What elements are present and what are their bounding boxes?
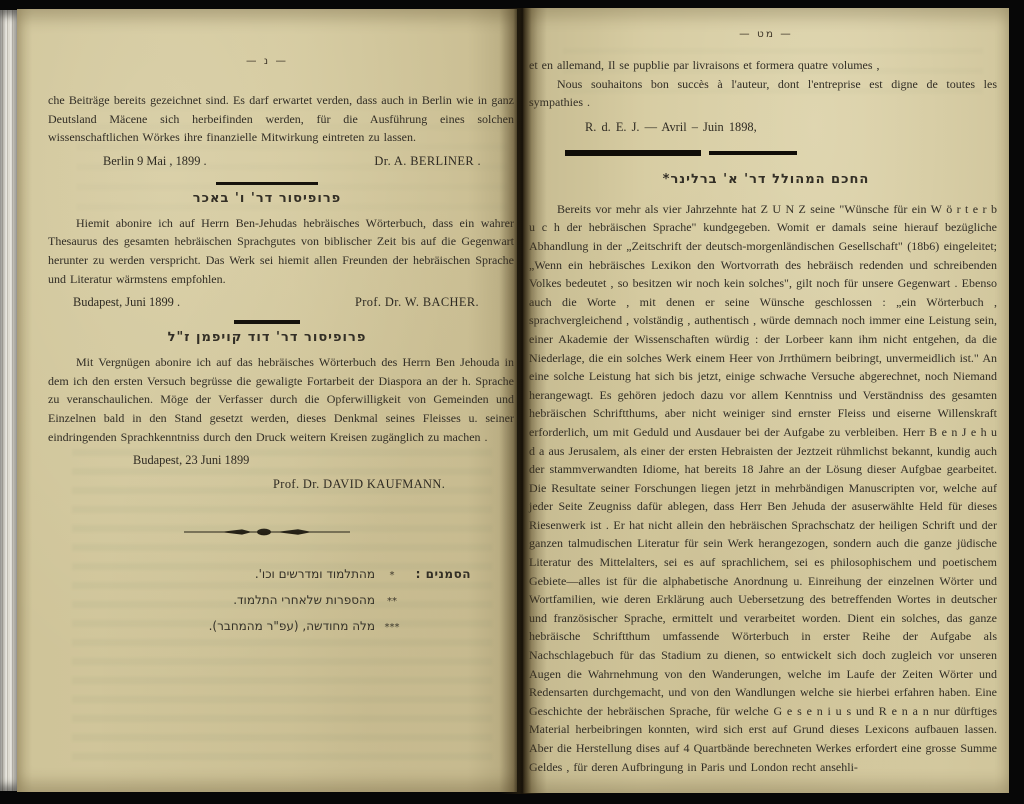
right-page: — מט — et en allemand, Il se pupblie par… bbox=[523, 8, 1009, 793]
triple-asterisk-symbol: *** bbox=[375, 615, 409, 640]
asterisk-symbol: * bbox=[375, 563, 409, 588]
section-rule bbox=[216, 182, 318, 185]
legend-text: מהספרות שלאחרי התלמוד. bbox=[151, 588, 375, 613]
book-page-edges bbox=[0, 10, 17, 791]
signature-name: Prof. Dr. DAVID KAUFMANN. bbox=[273, 477, 445, 492]
signature-row: Budapest, 23 Juni 1899 bbox=[17, 453, 517, 468]
section-heading-kaufmann: פרופיסור דר' דוד קויפמן ז"ל bbox=[17, 330, 517, 345]
double-asterisk-symbol: ** bbox=[375, 589, 409, 614]
page-number: — מט — bbox=[523, 28, 1009, 40]
symbols-legend: הסמנים : * מהתלמוד ומדרשים וכו'. ** מהספ… bbox=[151, 562, 471, 640]
double-rule-divider bbox=[565, 150, 1009, 156]
source-citation: R. d. E. J. — Avril – Juin 1898, bbox=[523, 120, 1009, 135]
rule-bar bbox=[709, 151, 797, 155]
body-paragraph: Hiemit abonire ich auf Herrn Ben-Jehudas… bbox=[17, 214, 517, 288]
body-paragraph: Mit Vergnügen abonire ich auf das hebräi… bbox=[17, 353, 517, 446]
section-heading-bacher: פרופיסור דר' ו' באכר bbox=[17, 191, 517, 206]
signature-row: Budapest, Juni 1899 . Prof. Dr. W. BACHE… bbox=[17, 295, 517, 310]
legend-text: מהתלמוד ומדרשים וכו'. bbox=[151, 562, 375, 587]
left-page: — נ — che Beiträge bereits gezeichnet si… bbox=[17, 9, 517, 792]
signature-place: Berlin 9 Mai , 1899 . bbox=[103, 154, 207, 169]
legend-title: הסמנים : bbox=[409, 562, 471, 587]
scanned-book-spread: { "colors": { "paper": "#d2c79c", "ink":… bbox=[0, 0, 1024, 804]
legend-row: הסמנים : * מהתלמוד ומדרשים וכו'. bbox=[151, 562, 471, 588]
article-heading-berliner: החכם המהולל דר' א' ברלינר* bbox=[523, 172, 1009, 187]
signature-row: Berlin 9 Mai , 1899 . Dr. A. BERLINER . bbox=[17, 154, 517, 169]
article-body: Bereits vor mehr als vier Jahrzehnte hat… bbox=[523, 200, 1009, 776]
signature-place: Budapest, Juni 1899 . bbox=[73, 295, 180, 310]
rule-bar bbox=[565, 150, 701, 156]
signature-name: Prof. Dr. W. BACHER. bbox=[355, 295, 479, 310]
signature-row: Prof. Dr. DAVID KAUFMANN. bbox=[17, 477, 517, 492]
section-rule bbox=[234, 320, 300, 324]
signature-place: Budapest, 23 Juni 1899 bbox=[133, 453, 249, 468]
legend-row: ** מהספרות שלאחרי התלמוד. bbox=[151, 588, 471, 614]
signature-name: Dr. A. BERLINER . bbox=[374, 154, 481, 169]
body-paragraph: che Beiträge bereits gezeichnet sind. Es… bbox=[17, 91, 517, 147]
page-number: — נ — bbox=[17, 55, 517, 67]
body-paragraph: Nous souhaitons bon succès à l'auteur, d… bbox=[523, 75, 1009, 112]
ornamental-divider-icon bbox=[182, 526, 352, 538]
body-paragraph: et en allemand, Il se pupblie par livrai… bbox=[523, 56, 1009, 75]
legend-text: מלה מחודשה, (עפ"ר מהמחבר). bbox=[151, 614, 375, 639]
legend-row: *** מלה מחודשה, (עפ"ר מהמחבר). bbox=[151, 614, 471, 640]
